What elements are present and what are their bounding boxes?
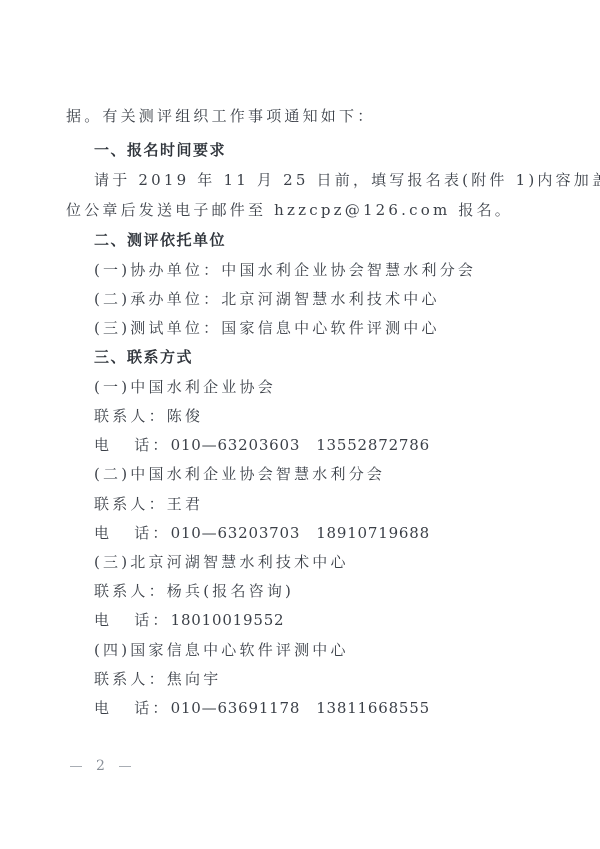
contact-person: 联系人：杨兵(报名咨询) (94, 581, 294, 601)
phone-label: 电 (94, 524, 112, 542)
page-number-value: 2 (96, 758, 105, 774)
mobile-number: 13811668555 (316, 699, 430, 717)
contact-org: (一)中国水利企业协会 (94, 377, 276, 397)
contact-person: 联系人：王君 (94, 494, 203, 514)
contact-phone-line: 电话：18010019552 (94, 610, 284, 630)
mobile-number: 18910719688 (316, 524, 430, 542)
contact-phone-line: 电话：010—6369117813811668555 (94, 698, 430, 718)
page-number-dash-left (70, 766, 82, 767)
page-number-dash-right (119, 766, 131, 767)
phone-number: 010—63203703 (171, 524, 301, 542)
intro-text: 据。有关测评组织工作事项通知如下： (66, 106, 375, 126)
contact-person: 联系人：陈俊 (94, 406, 203, 426)
phone-label-2: 话： (134, 611, 170, 629)
phone-number: 010—63203603 (171, 436, 301, 454)
contact-org: (四)国家信息中心软件评测中心 (94, 640, 349, 660)
section-heading-registration-time: 一、报名时间要求 (94, 140, 226, 160)
phone-label-2: 话： (134, 699, 170, 717)
phone-number: 18010019552 (171, 611, 285, 629)
unit-item-co-organizer: (一)协办单位：中国水利企业协会智慧水利分会 (94, 260, 476, 280)
registration-paragraph-line-2: 位公章后发送电子邮件至 hzzcpz@126.com 报名。 (66, 200, 513, 220)
section-heading-contacts: 三、联系方式 (94, 347, 193, 367)
contact-org: (三)北京河湖智慧水利技术中心 (94, 552, 349, 572)
section-heading-units: 二、测评依托单位 (94, 230, 226, 250)
page-number: 2 (70, 758, 131, 774)
phone-label-2: 话： (134, 524, 170, 542)
contact-person: 联系人：焦向宇 (94, 669, 221, 689)
registration-paragraph-line-1: 请于 2019 年 11 月 25 日前，填写报名表(附件 1)内容加盖单 (94, 170, 600, 190)
contact-phone-line: 电话：010—6320370318910719688 (94, 523, 430, 543)
contact-phone-line: 电话：010—6320360313552872786 (94, 435, 430, 455)
unit-item-testing: (三)测试单位：国家信息中心软件评测中心 (94, 318, 440, 338)
unit-item-organizer: (二)承办单位：北京河湖智慧水利技术中心 (94, 289, 440, 309)
phone-label: 电 (94, 611, 112, 629)
phone-label: 电 (94, 436, 112, 454)
contact-org: (二)中国水利企业协会智慧水利分会 (94, 464, 385, 484)
phone-label-2: 话： (134, 436, 170, 454)
phone-label: 电 (94, 699, 112, 717)
mobile-number: 13552872786 (316, 436, 430, 454)
phone-number: 010—63691178 (171, 699, 301, 717)
